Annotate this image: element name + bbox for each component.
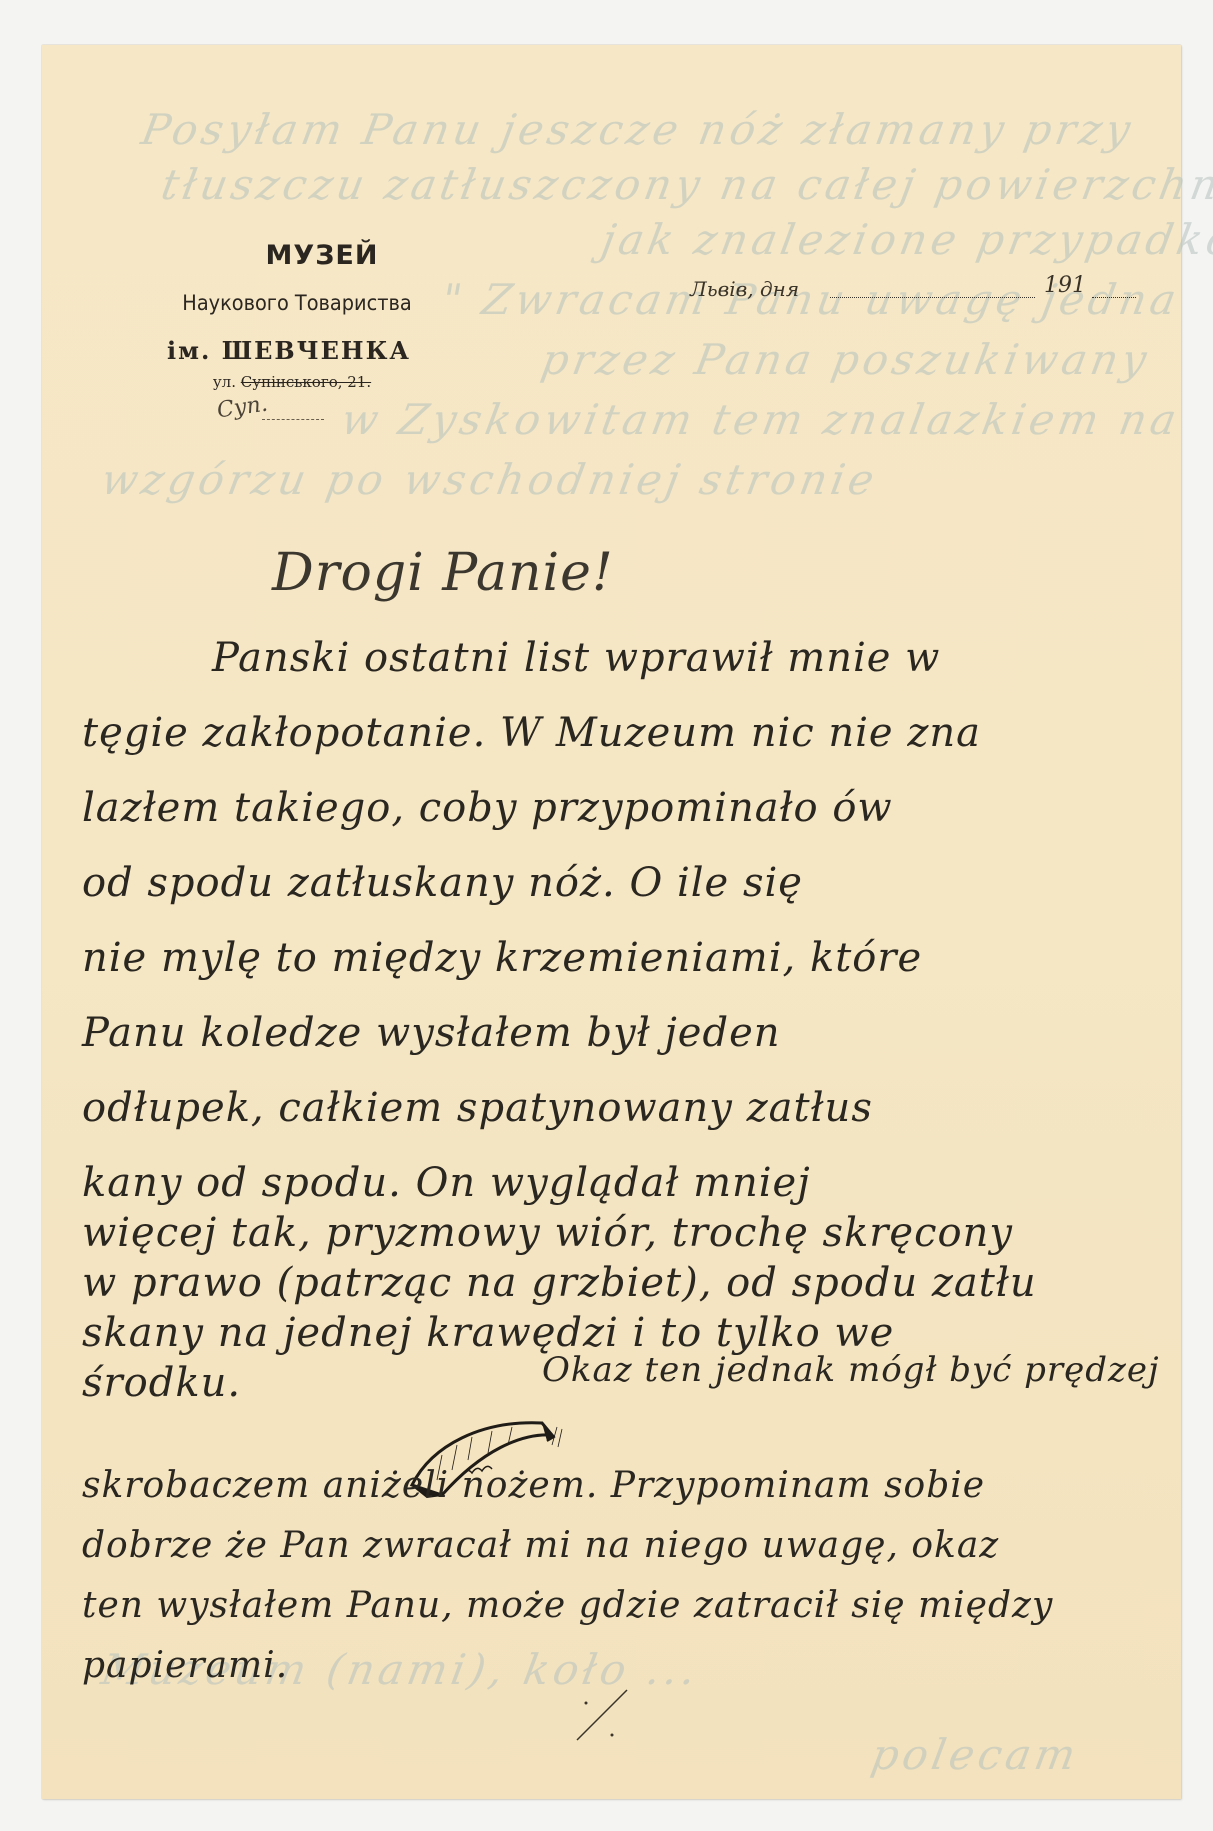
- street-prefix: ул.: [213, 373, 236, 391]
- bleed-through-line: wzgórzu po wschodniej stronie: [98, 455, 882, 504]
- closing-stroke-icon: [572, 1685, 632, 1745]
- bleed-through-line: przez Pana poszukiwany: [538, 335, 1154, 384]
- letter-line: dobrze że Pan zwracał mi na niego uwagę,…: [82, 1525, 999, 1566]
- street-dashed-line: [262, 419, 324, 420]
- letter-line: kany od spodu. On wyglądał mniej: [82, 1160, 811, 1206]
- letter-line: środku.: [82, 1360, 241, 1406]
- dateline-dots: [830, 297, 1035, 298]
- salutation: Drogi Panie!: [272, 543, 614, 603]
- letterhead-society: Наукового Товариства: [164, 291, 431, 315]
- letter-line: odłupek, całkiem spatynowany zatłus: [82, 1085, 873, 1131]
- bleed-through-line: polecam: [868, 1730, 1083, 1779]
- dateline-year: 191: [1044, 273, 1086, 298]
- letter-line: Okaz ten jednak mógł być prędzej: [542, 1350, 1160, 1390]
- street-struck: Супінського, 21.: [241, 373, 371, 391]
- letter-line: nie mylę to między krzemieniami, które: [82, 935, 922, 981]
- letter-line: Panu koledze wysłałem był jeden: [82, 1010, 781, 1056]
- letter-line: papierami.: [82, 1645, 288, 1686]
- letter-line: skrobaczem aniżeli nożem. Przypominam so…: [82, 1465, 985, 1506]
- letter-sheet: Posyłam Panu jeszcze nóż złamany przy tł…: [42, 45, 1181, 1799]
- letterhead-street: ул. Супінського, 21.: [202, 373, 382, 391]
- letter-line: więcej tak, pryzmowy wiór, trochę skręco…: [82, 1210, 1013, 1256]
- dateline-year-dots: [1092, 297, 1136, 298]
- letter-line: w prawo (patrząc na grzbiet), od spodu z…: [82, 1260, 1037, 1306]
- bleed-through-line: w Zyskowitam tem znalazkiem na: [338, 395, 1184, 444]
- letterhead-name: ім. ШЕВЧЕНКА: [139, 336, 439, 365]
- letter-line: ten wysłałem Panu, może gdzie zatracił s…: [82, 1585, 1053, 1626]
- bleed-through-line: jak znalezione przypadkowo: [598, 215, 1213, 264]
- bleed-through-line: Posyłam Panu jeszcze nóż złamany przy: [138, 105, 1138, 154]
- bleed-through-line: tłuszczu zatłuszczony na całej powierzch…: [158, 160, 1213, 209]
- dateline-place: Львів, дня: [690, 277, 799, 301]
- letter-line: od spodu zatłuskany nóż. O ile się: [82, 860, 803, 906]
- letter-line: Panski ostatni list wprawił mnie w: [212, 635, 940, 681]
- letter-line: tęgie zakłopotanie. W Muzeum nic nie zna: [82, 710, 981, 756]
- letter-line: lazłem takiego, coby przypominało ów: [82, 785, 893, 831]
- letterhead-museum: МУЗЕЙ: [237, 240, 407, 271]
